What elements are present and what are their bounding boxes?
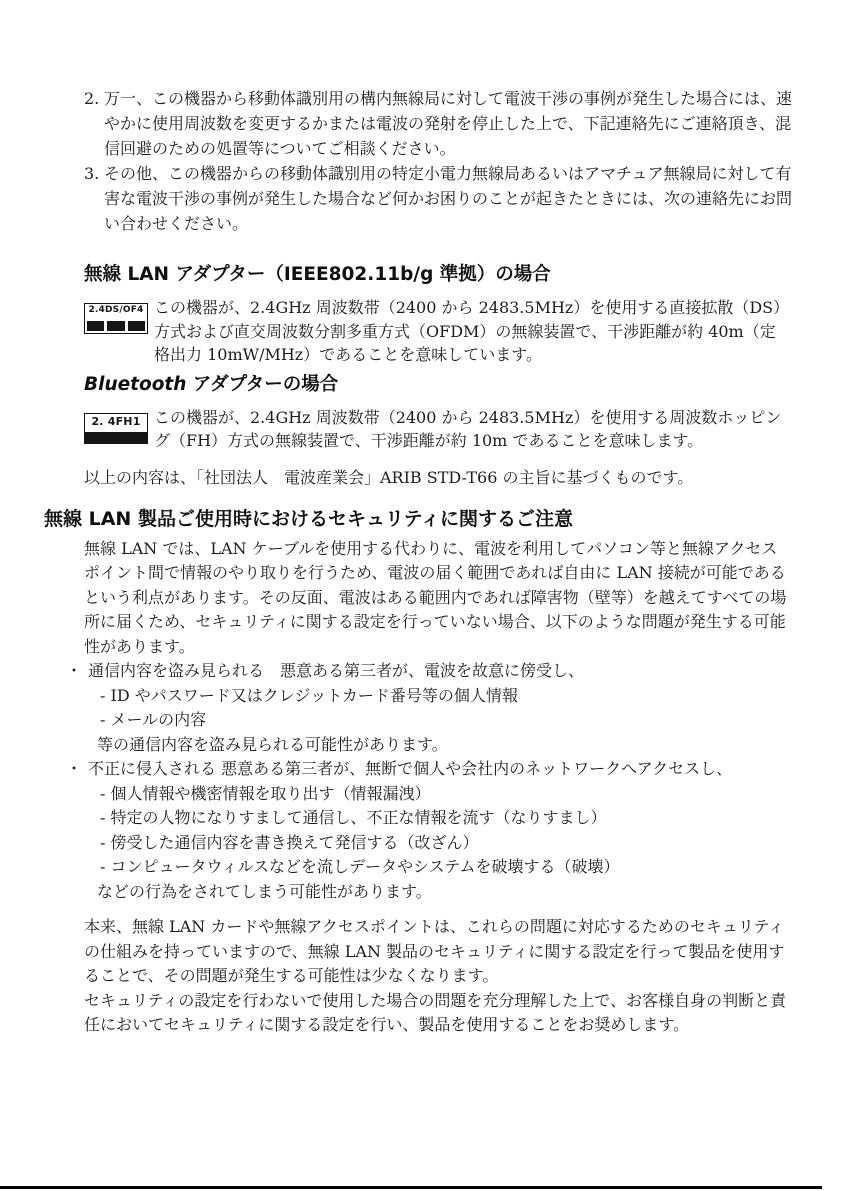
bullet-marker: ・ xyxy=(66,659,88,684)
bullet-lead-row: ・ 不正に侵入される 悪意ある第三者が、無断で個人や会社内のネットワークへアクセ… xyxy=(66,757,808,782)
bullet-lead-text: 不正に侵入される 悪意ある第三者が、無断で個人や会社内のネットワークへアクセスし… xyxy=(88,757,732,782)
bullet-lead-row: ・ 通信内容を盗み見られる 悪意ある第三者が、電波を故意に傍受し、 xyxy=(66,659,808,684)
bullet-sub-item: - コンピュータウィルスなどを流しデータやシステムを破壊する（破壊） xyxy=(100,855,808,880)
bullet-closing-text: などの行為をされてしまう可能性があります。 xyxy=(97,880,808,905)
wlan-certification-badge: 2.4DS/OF4 xyxy=(84,303,148,334)
bullet-sub-item: - 特定の人物になりすまして通信し、不正な情報を流す（なりすまし） xyxy=(100,806,808,831)
bluetooth-badge-row: 2. 4FH1 この機器が、2.4GHz 周波数帯（2400 から 2483.5… xyxy=(84,406,791,453)
security-section-heading: 無線 LAN 製品ご使用時におけるセキュリティに関するご注意 xyxy=(44,507,791,532)
badge-square xyxy=(87,321,104,331)
wlan-badge-label: 2.4DS/OF4 xyxy=(85,304,147,317)
notice-item-number: 3. xyxy=(84,161,104,236)
bluetooth-badge-label: 2. 4FH1 xyxy=(85,414,147,429)
notice-item-number: 2. xyxy=(84,86,104,161)
arib-note: 以上の内容は、「社団法人 電波産業会」ARIB STD-T66 の主旨に基づくも… xyxy=(84,466,791,490)
wlan-section-body: この機器が、2.4GHz 周波数帯（2400 から 2483.5MHz）を使用す… xyxy=(154,296,786,367)
wlan-badge-squares xyxy=(85,321,147,333)
bluetooth-badge-bar xyxy=(85,432,147,443)
bullet-lead-text: 通信内容を盗み見られる 悪意ある第三者が、電波を故意に傍受し、 xyxy=(88,659,584,684)
notice-item-2: 2. 万一、この機器から移動体識別用の構内無線局に対して電波干渉の事例が発生した… xyxy=(84,86,792,161)
bullet-sub-item: - 個人情報や機密情報を取り出す（情報漏洩） xyxy=(100,782,808,807)
bluetooth-section-heading: Bluetooth アダプターの場合 xyxy=(84,373,791,397)
page-bottom-rule xyxy=(0,1186,822,1189)
notice-list: 2. 万一、この機器から移動体識別用の構内無線局に対して電波干渉の事例が発生した… xyxy=(84,86,791,236)
notice-item-3: 3. その他、この機器からの移動体識別用の特定小電力無線局あるいはアマチュア無線… xyxy=(84,161,792,236)
security-paragraph: セキュリティの設定を行わないで使用した場合の問題を充分理解した上で、お客様自身の… xyxy=(84,989,792,1038)
wlan-badge-row: 2.4DS/OF4 この機器が、2.4GHz 周波数帯（2400 から 2483… xyxy=(84,296,791,367)
wlan-section-heading: 無線 LAN アダプター（IEEE802.11b/g 準拠）の場合 xyxy=(84,263,791,287)
bluetooth-heading-rest: アダプターの場合 xyxy=(186,374,338,395)
security-bullet-item: ・ 通信内容を盗み見られる 悪意ある第三者が、電波を故意に傍受し、 - ID や… xyxy=(84,659,808,757)
notice-item-text: その他、この機器からの移動体識別用の特定小電力無線局あるいはアマチュア無線局に対… xyxy=(104,161,792,236)
bluetooth-section-body: この機器が、2.4GHz 周波数帯（2400 から 2483.5MHz）を使用す… xyxy=(154,406,786,453)
notice-item-text: 万一、この機器から移動体識別用の構内無線局に対して電波干渉の事例が発生した場合に… xyxy=(104,86,792,161)
security-bullet-item: ・ 不正に侵入される 悪意ある第三者が、無断で個人や会社内のネットワークへアクセ… xyxy=(84,757,808,904)
security-intro-paragraph: 無線 LAN では、LAN ケーブルを使用する代わりに、電波を利用してパソコン等… xyxy=(84,537,792,660)
bullet-sub-item: - 傍受した通信内容を書き換えて発信する（改ざん） xyxy=(100,831,808,856)
page-content: 2. 万一、この機器から移動体識別用の構内無線局に対して電波干渉の事例が発生した… xyxy=(0,0,841,1038)
bullet-marker: ・ xyxy=(66,757,88,782)
security-closing-paragraphs: 本来、無線 LAN カードや無線アクセスポイントは、これらの問題に対応するための… xyxy=(84,915,792,1038)
badge-square xyxy=(128,321,145,331)
scanned-manual-page: { "notice_list": { "items": [ { "num": "… xyxy=(0,0,841,1191)
bullet-sub-item: - ID やパスワード又はクレジットカード番号等の個人情報 xyxy=(100,684,808,709)
security-paragraph: 本来、無線 LAN カードや無線アクセスポイントは、これらの問題に対応するための… xyxy=(84,915,792,989)
bullet-closing-text: 等の通信内容を盗み見られる可能性があります。 xyxy=(97,733,808,758)
bluetooth-brand-text: Bluetooth xyxy=(84,374,186,395)
badge-square xyxy=(107,321,124,331)
bluetooth-certification-badge: 2. 4FH1 xyxy=(84,413,148,444)
bullet-sub-item: - メールの内容 xyxy=(100,708,808,733)
